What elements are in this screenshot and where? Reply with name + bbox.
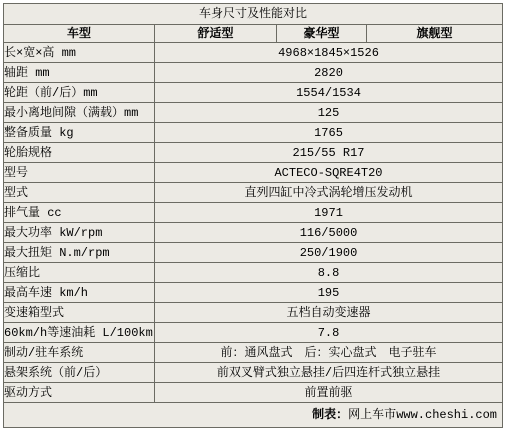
row-value: 215/55 R17 (155, 143, 503, 163)
row-value: 2820 (155, 63, 503, 83)
row-label: 压缩比 (4, 263, 155, 283)
row-label: 制动/驻车系统 (4, 343, 155, 363)
row-label: 最高车速 km/h (4, 283, 155, 303)
row-label: 变速箱型式 (4, 303, 155, 323)
row-label: 排气量 cc (4, 203, 155, 223)
row-value: 五档自动变速器 (155, 303, 503, 323)
table-row: 最小离地间隙（满载）mm 125 (4, 103, 503, 123)
row-value: 1765 (155, 123, 503, 143)
col-header-model: 车型 (4, 25, 155, 43)
row-value: 前：通风盘式 后：实心盘式 电子驻车 (155, 343, 503, 363)
row-label: 最大扭矩 N.m/rpm (4, 243, 155, 263)
table-row: 型号 ACTECO-SQRE4T20 (4, 163, 503, 183)
table-row: 轮距（前/后）mm 1554/1534 (4, 83, 503, 103)
footer-row: 制表：网上车市www.cheshi.com (4, 403, 503, 428)
row-label: 整备质量 kg (4, 123, 155, 143)
row-value: 250/1900 (155, 243, 503, 263)
table-row: 轮胎规格 215/55 R17 (4, 143, 503, 163)
footer-site-name: 网上车市 (348, 408, 396, 422)
table-row: 压缩比 8.8 (4, 263, 503, 283)
table-row: 整备质量 kg 1765 (4, 123, 503, 143)
footer-credit-prefix: 制表： (312, 408, 348, 422)
row-label: 驱动方式 (4, 383, 155, 403)
row-label: 轮距（前/后）mm (4, 83, 155, 103)
row-label: 长×宽×高 mm (4, 43, 155, 63)
table-title-row: 车身尺寸及性能对比 (4, 4, 503, 25)
table-row: 最大功率 kW/rpm 116/5000 (4, 223, 503, 243)
row-label: 60km/h等速油耗 L/100km (4, 323, 155, 343)
table-row: 悬架系统（前/后） 前双叉臂式独立悬挂/后四连杆式独立悬挂 (4, 363, 503, 383)
table-row: 型式 直列四缸中冷式涡轮增压发动机 (4, 183, 503, 203)
row-value: 8.8 (155, 263, 503, 283)
table-row: 60km/h等速油耗 L/100km 7.8 (4, 323, 503, 343)
row-label: 最大功率 kW/rpm (4, 223, 155, 243)
row-value: 125 (155, 103, 503, 123)
row-value: 195 (155, 283, 503, 303)
col-header-luxury: 豪华型 (277, 25, 367, 43)
table-row: 最大扭矩 N.m/rpm 250/1900 (4, 243, 503, 263)
row-value: 1554/1534 (155, 83, 503, 103)
row-value: 7.8 (155, 323, 503, 343)
row-value: 前双叉臂式独立悬挂/后四连杆式独立悬挂 (155, 363, 503, 383)
table-row: 制动/驻车系统 前：通风盘式 后：实心盘式 电子驻车 (4, 343, 503, 363)
col-header-comfort: 舒适型 (155, 25, 277, 43)
row-value: ACTECO-SQRE4T20 (155, 163, 503, 183)
footer-site-url: www.cheshi.com (396, 408, 497, 422)
table-row: 排气量 cc 1971 (4, 203, 503, 223)
table-row: 最高车速 km/h 195 (4, 283, 503, 303)
row-value: 前置前驱 (155, 383, 503, 403)
row-value: 1971 (155, 203, 503, 223)
row-label: 最小离地间隙（满载）mm (4, 103, 155, 123)
row-label: 悬架系统（前/后） (4, 363, 155, 383)
table-row: 轴距 mm 2820 (4, 63, 503, 83)
car-spec-table: 车身尺寸及性能对比 车型 舒适型 豪华型 旗舰型 长×宽×高 mm 4968×1… (3, 3, 503, 428)
row-label: 型式 (4, 183, 155, 203)
table-row: 长×宽×高 mm 4968×1845×1526 (4, 43, 503, 63)
row-value: 4968×1845×1526 (155, 43, 503, 63)
table-row: 驱动方式 前置前驱 (4, 383, 503, 403)
row-value: 直列四缸中冷式涡轮增压发动机 (155, 183, 503, 203)
footer-credit: 制表：网上车市www.cheshi.com (4, 403, 503, 428)
row-value: 116/5000 (155, 223, 503, 243)
col-header-flagship: 旗舰型 (367, 25, 503, 43)
row-label: 轴距 mm (4, 63, 155, 83)
table-row: 变速箱型式 五档自动变速器 (4, 303, 503, 323)
row-label: 轮胎规格 (4, 143, 155, 163)
row-label: 型号 (4, 163, 155, 183)
table-header-row: 车型 舒适型 豪华型 旗舰型 (4, 25, 503, 43)
table-title: 车身尺寸及性能对比 (4, 4, 503, 25)
